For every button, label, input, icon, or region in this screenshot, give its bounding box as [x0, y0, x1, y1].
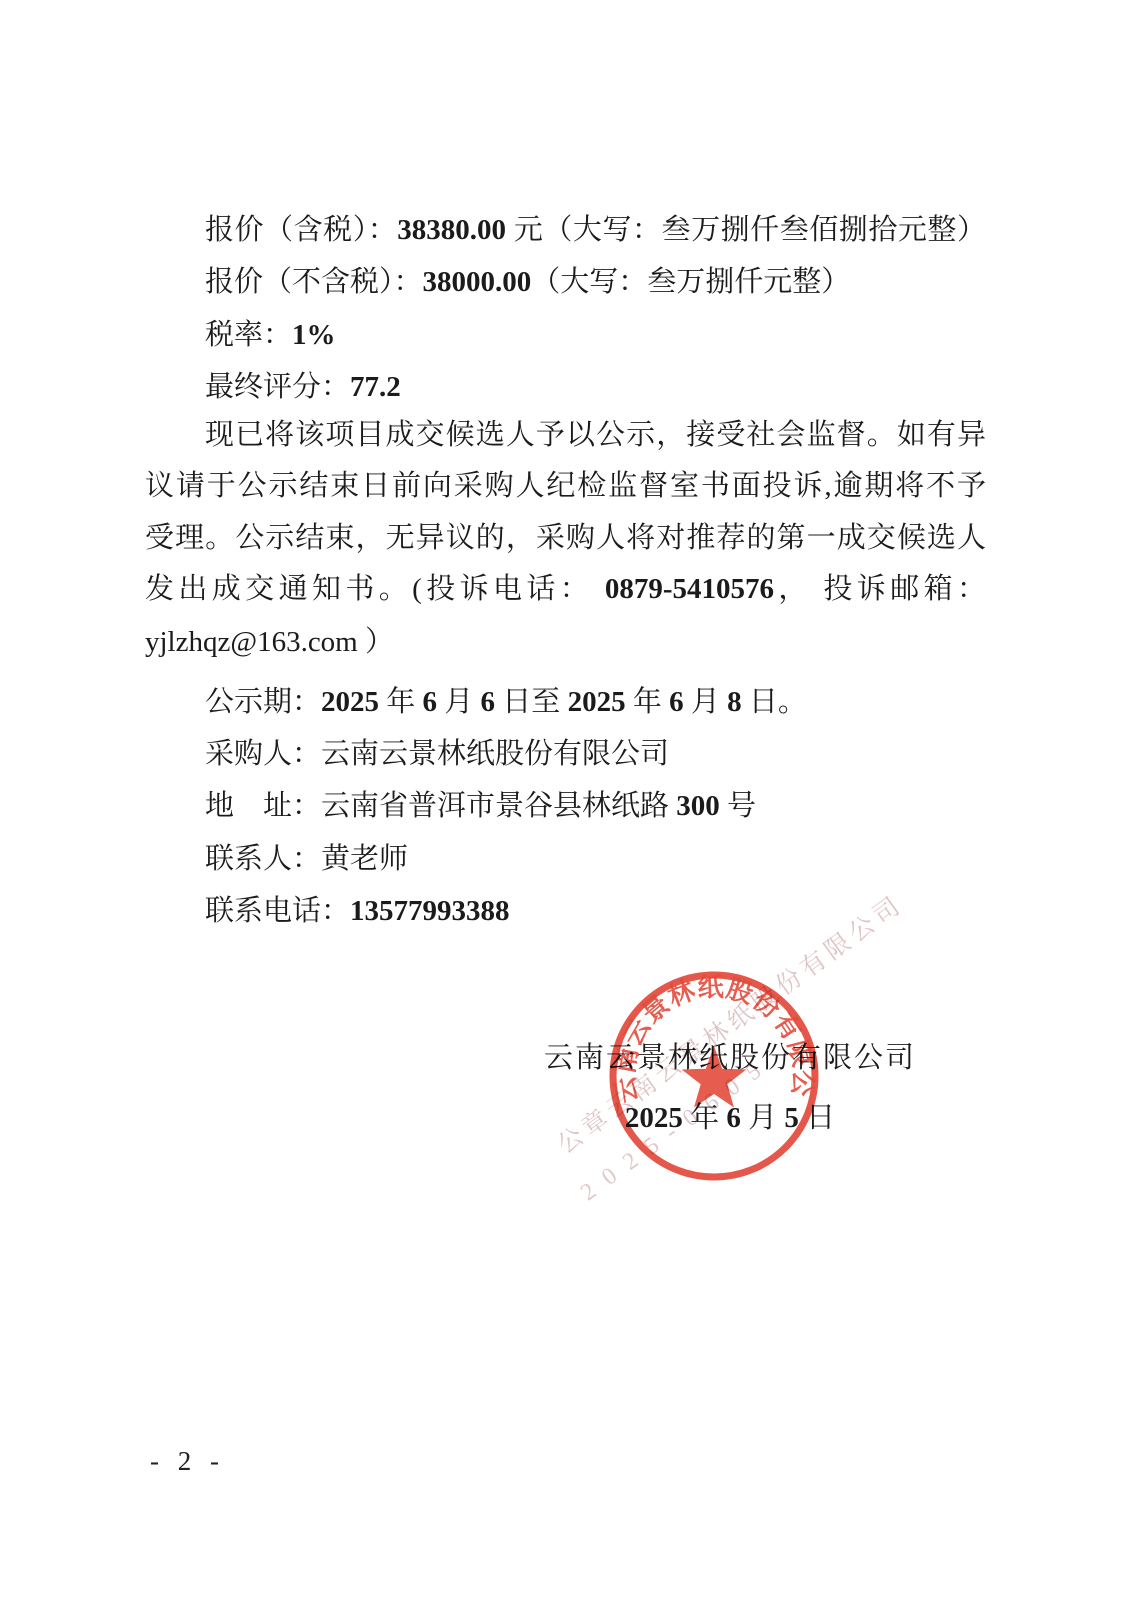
paragraph-notice-line1: 现已将该项目成交候选人予以公示，接受社会监督。如有异	[145, 417, 986, 453]
line-price-with-tax: 报价（含税）：38380.00 元（大写：叁万捌仟叁佰捌拾元整）	[145, 212, 986, 248]
paragraph-notice-line2: 议请于公示结束日前向采购人纪检监督室书面投诉,逾期将不予	[145, 468, 986, 504]
line-final-score: 最终评分：77.2	[145, 369, 986, 405]
page-number: - 2 -	[150, 1446, 225, 1477]
line-tax-rate: 税率：1%	[145, 317, 986, 353]
line-publicity-period: 公示期：2025 年 6 月 6 日至 2025 年 6 月 8 日。	[145, 684, 986, 720]
seal-star-icon	[682, 1046, 747, 1108]
paragraph-notice-line3: 受理。公示结束，无异议的，采购人将对推荐的第一成交候选人	[145, 520, 986, 556]
company-seal: 云南云景林纸股份有限公司	[598, 960, 830, 1196]
line-contact-person: 联系人：黄老师	[145, 841, 986, 877]
paragraph-notice-line4: 发出成交通知书。(投诉电话： 0879-5410576， 投诉邮箱：	[145, 571, 986, 607]
document-page: 报价（含税）：38380.00 元（大写：叁万捌仟叁佰捌拾元整） 报价（不含税）…	[0, 0, 1131, 1600]
line-complaint-email: yjlzhqz@163.com ）	[145, 624, 986, 660]
line-price-without-tax: 报价（不含税）：38000.00（大写：叁万捌仟元整）	[145, 264, 986, 300]
line-address: 地 址：云南省普洱市景谷县林纸路 300 号	[145, 788, 986, 824]
line-purchaser: 采购人：云南云景林纸股份有限公司	[145, 736, 986, 772]
